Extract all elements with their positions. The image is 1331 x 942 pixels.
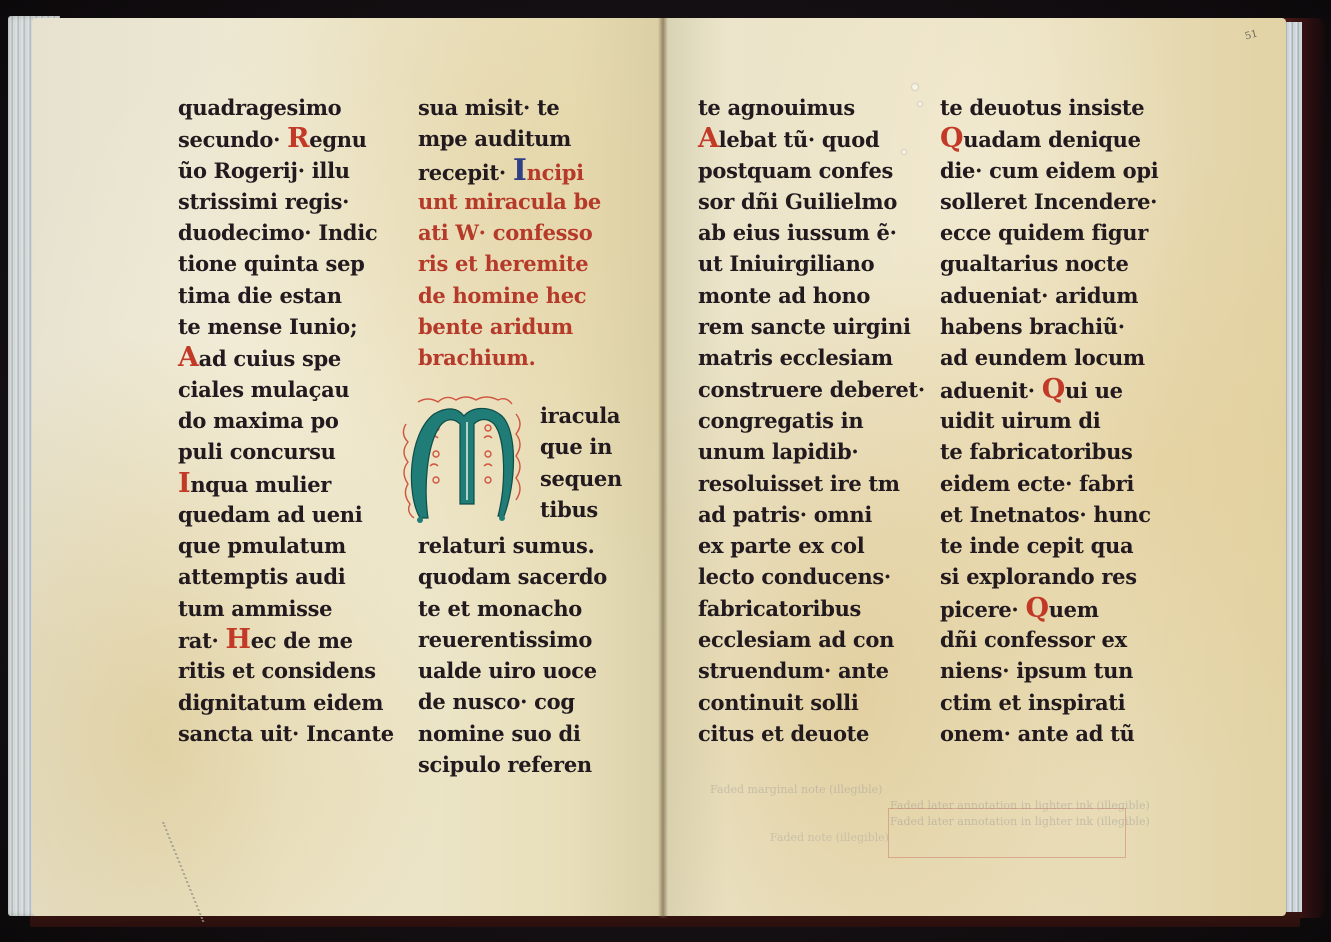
marginalia-line: Faded note (illegible) [710, 830, 1130, 846]
line-text: nqua mulier [190, 472, 331, 497]
text-line: te et monacho [418, 593, 607, 624]
line-text: sancta uit· Incante [178, 721, 394, 746]
text-line: habens brachiũ· [940, 311, 1158, 342]
text-line: te fabricatoribus [940, 436, 1158, 467]
text-line: gualtarius nocte [940, 248, 1158, 279]
red-initial: Q [1042, 374, 1065, 405]
text-line: fabricatoribus [698, 593, 925, 624]
text-line: quodam sacerdo [418, 561, 607, 592]
line-text: rat· [178, 628, 218, 653]
red-initial: R [287, 123, 309, 154]
rubric-line: ris et heremite [418, 248, 601, 279]
text-column-2-lower: relaturi sumus. quodam sacerdo te et mon… [418, 530, 607, 780]
line-text: dñi confessor ex [940, 627, 1127, 652]
text-line: do maxima po [178, 405, 394, 436]
text-line: monte ad hono [698, 280, 925, 311]
marginalia-line: Faded later annotation in lighter ink (i… [710, 798, 1130, 814]
line-text: ecce quidem figur [940, 220, 1148, 245]
line-text: ecclesiam ad con [698, 627, 894, 652]
line-text: picere· [940, 597, 1018, 622]
marginalia-line: Faded marginal note (illegible) [710, 782, 1130, 798]
line-text: matris ecclesiam [698, 345, 893, 370]
line-text: habens brachiũ· [940, 314, 1125, 339]
red-initial: Q [940, 123, 963, 154]
rubric-line: unt miracula be [418, 186, 601, 217]
line-text: strissimi regis· [178, 189, 349, 214]
text-line: citus et deuote [698, 718, 925, 749]
text-line: ecce quidem figur [940, 217, 1158, 248]
line-text: citus et deuote [698, 721, 869, 746]
text-line: ualde uiro uoce [418, 655, 607, 686]
line-text: si explorando res [940, 564, 1137, 589]
book-gutter [658, 18, 668, 918]
text-line: scipulo referen [418, 749, 607, 780]
line-text: ut Iniuirgiliano [698, 251, 874, 276]
text-line: eidem ecte· fabri [940, 468, 1158, 499]
text-column-2-upper: sua misit· te mpe auditum recepit· Incip… [418, 92, 601, 374]
line-text: aduenit· [940, 378, 1035, 403]
text-line: continuit solli [698, 687, 925, 718]
blue-initial: I [513, 153, 527, 188]
rubric-line: brachium. [418, 342, 601, 373]
text-line: ritis et considens [178, 655, 394, 686]
text-line: tibus [540, 494, 622, 525]
text-line: te deuotus insiste [940, 92, 1158, 123]
line-text: quedam ad ueni [178, 502, 362, 527]
line-text: tione quinta sep [178, 251, 365, 276]
line-text: ad patris· omni [698, 502, 872, 527]
line-text: attemptis audi [178, 564, 345, 589]
line-text: lebat tũ· quod [719, 127, 880, 152]
text-line: tima die estan [178, 280, 394, 311]
line-text: gualtarius nocte [940, 251, 1129, 276]
line-text: uadam denique [963, 127, 1140, 152]
line-text: monte ad hono [698, 283, 870, 308]
text-line: si explorando res [940, 561, 1158, 592]
line-text: uidit uirum di [940, 408, 1101, 433]
text-line: congregatis in [698, 405, 925, 436]
text-line: que pmulatum [178, 530, 394, 561]
text-line: te mense Iunio; [178, 311, 394, 342]
red-initial: I [178, 468, 190, 499]
text-line: rem sancte uirgini [698, 311, 925, 342]
text-column-1: quadragesimosecundo· Regnuũo Rogerij· il… [178, 92, 394, 749]
text-line: postquam confes [698, 155, 925, 186]
text-line: reuerentissimo [418, 624, 607, 655]
text-line: recepit· Incipi [418, 155, 601, 186]
line-text: te agnouimus [698, 95, 855, 120]
line-text: quadragesimo [178, 95, 341, 120]
line-text: ui ue [1065, 378, 1123, 403]
text-line: ut Iniuirgiliano [698, 248, 925, 279]
line-text: fabricatoribus [698, 596, 861, 621]
line-text: ad eundem locum [940, 345, 1145, 370]
text-line: et Inetnatos· hunc [940, 499, 1158, 530]
text-line: de nusco· cog [418, 686, 607, 717]
line-text: ex parte ex col [698, 533, 864, 558]
text-line: quadragesimo [178, 92, 394, 123]
text-line: tione quinta sep [178, 248, 394, 279]
text-line: unum lapidib· [698, 436, 925, 467]
line-text: te inde cepit qua [940, 533, 1133, 558]
line-text: ab eius iussum ẽ· [698, 220, 897, 245]
line-text: do maxima po [178, 408, 339, 433]
text-line: secundo· Regnu [178, 123, 394, 154]
text-line: lecto conducens· [698, 561, 925, 592]
line-text: dignitatum eidem [178, 690, 383, 715]
text-line: niens· ipsum tun [940, 655, 1158, 686]
text-line: dñi confessor ex [940, 624, 1158, 655]
text-line: matris ecclesiam [698, 342, 925, 373]
text-line: ciales mulaçau [178, 374, 394, 405]
text-line: sor dñi Guilielmo [698, 186, 925, 217]
red-initial: Q [1025, 593, 1048, 624]
text-line: resoluisset ire tm [698, 468, 925, 499]
text-line: adueniat· aridum [940, 280, 1158, 311]
text-line: Alebat tũ· quod [698, 123, 925, 154]
line-text: duodecimo· Indic [178, 220, 377, 245]
line-text: construere deberet· [698, 377, 925, 402]
text-line: tum ammisse [178, 593, 394, 624]
line-text: eidem ecte· fabri [940, 471, 1134, 496]
line-text: ritis et considens [178, 658, 376, 683]
illuminated-initial-m-icon [398, 394, 530, 530]
parchment-hole [912, 84, 918, 90]
line-text: ciales mulaçau [178, 377, 349, 402]
rubric-line: de homine hec [418, 280, 601, 311]
line-text: te fabricatoribus [940, 439, 1133, 464]
line-text: te deuotus insiste [940, 95, 1144, 120]
text-line: struendum· ante [698, 655, 925, 686]
text-line: sequen [540, 463, 622, 494]
text-line: construere deberet· [698, 374, 925, 405]
line-text: solleret Incendere· [940, 189, 1157, 214]
line-text: uem [1049, 597, 1099, 622]
line-text: sor dñi Guilielmo [698, 189, 897, 214]
text-line: puli concursu [178, 436, 394, 467]
line-text: ec de me [251, 628, 353, 653]
line-text: continuit solli [698, 690, 859, 715]
text-line: dignitatum eidem [178, 687, 394, 718]
text-line: te agnouimus [698, 92, 925, 123]
text-line: sancta uit· Incante [178, 718, 394, 749]
text-column-4: te deuotus insisteQuadam deniquedie· cum… [940, 92, 1158, 749]
red-initial: A [178, 342, 199, 373]
text-line: ad patris· omni [698, 499, 925, 530]
text-line: onem· ante ad tũ [940, 718, 1158, 749]
line-text: resoluisset ire tm [698, 471, 900, 496]
text-line: quedam ad ueni [178, 499, 394, 530]
line-text: secundo· [178, 127, 280, 152]
text-line: te inde cepit qua [940, 530, 1158, 561]
red-initial: A [698, 123, 719, 154]
line-text: die· cum eidem opi [940, 158, 1158, 183]
line-text: que pmulatum [178, 533, 346, 558]
text-line: Aad cuius spe [178, 342, 394, 373]
line-text: struendum· ante [698, 658, 889, 683]
text-line: iracula [540, 400, 622, 431]
text-line: attemptis audi [178, 561, 394, 592]
text-line: aduenit· Qui ue [940, 374, 1158, 405]
line-text: egnu [309, 127, 366, 152]
line-text: unum lapidib· [698, 439, 858, 464]
line-text: adueniat· aridum [940, 283, 1138, 308]
text-line: duodecimo· Indic [178, 217, 394, 248]
line-text: niens· ipsum tun [940, 658, 1133, 683]
text-line: ad eundem locum [940, 342, 1158, 373]
text-line: ab eius iussum ẽ· [698, 217, 925, 248]
text-line: nomine suo di [418, 718, 607, 749]
red-initial: H [226, 624, 251, 655]
text-line: sua misit· te [418, 92, 601, 123]
line-text: te mense Iunio; [178, 314, 357, 339]
text-line: picere· Quem [940, 593, 1158, 624]
text-line: die· cum eidem opi [940, 155, 1158, 186]
text-line: uidit uirum di [940, 405, 1158, 436]
line-text: ũo Rogerij· illu [178, 158, 350, 183]
line-text: ctim et inspirati [940, 690, 1125, 715]
text-line: Inqua mulier [178, 468, 394, 499]
text-line: que in [540, 431, 622, 462]
line-text: rem sancte uirgini [698, 314, 911, 339]
text-column-3: te agnouimusAlebat tũ· quodpostquam conf… [698, 92, 925, 749]
rubric-line: ati W· confesso [418, 217, 601, 248]
line-text: et Inetnatos· hunc [940, 502, 1151, 527]
text-line: rat· Hec de me [178, 624, 394, 655]
line-text: tima die estan [178, 283, 342, 308]
text-line: ũo Rogerij· illu [178, 155, 394, 186]
text-line: ctim et inspirati [940, 687, 1158, 718]
line-text: tum ammisse [178, 596, 332, 621]
text-column-2-beside-initial: iracula que in sequen tibus [540, 400, 622, 525]
text-line: mpe auditum [418, 123, 601, 154]
line-text: congregatis in [698, 408, 863, 433]
line-text: onem· ante ad tũ [940, 721, 1135, 746]
text-line: strissimi regis· [178, 186, 394, 217]
marginalia-line: Faded later annotation in lighter ink (i… [710, 814, 1130, 830]
line-text: lecto conducens· [698, 564, 891, 589]
text-line: solleret Incendere· [940, 186, 1158, 217]
text-line: ecclesiam ad con [698, 624, 925, 655]
text-line: ex parte ex col [698, 530, 925, 561]
rubric-line: bente aridum [418, 311, 601, 342]
line-text: postquam confes [698, 158, 893, 183]
line-text: puli concursu [178, 439, 336, 464]
marginalia: Faded marginal note (illegible) Faded la… [710, 782, 1130, 872]
text-line: Quadam denique [940, 123, 1158, 154]
line-text: ad cuius spe [199, 346, 341, 371]
text-line: relaturi sumus. [418, 530, 607, 561]
